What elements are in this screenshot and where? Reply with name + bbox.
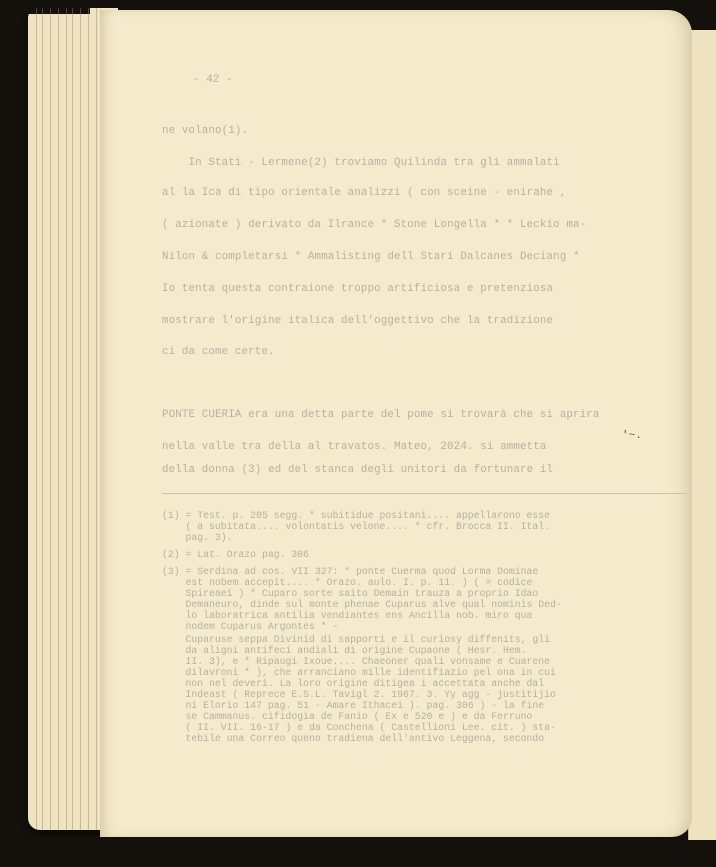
footnote-line: (3) = Serdina ad cos. VII 327: * ponte C… [162, 566, 538, 577]
page-edge [96, 8, 97, 830]
body-line: nella valle tra della al travatos. Mateo… [162, 441, 547, 453]
body-line: al la Ica di tipo orientale analizzi ( c… [162, 187, 566, 199]
footnote-line: II. 3), e * Ripaugi Ixoue.... Chaeoner q… [162, 656, 550, 667]
footnote-line: se Cammanus. cifidogia de Fanio ( Ex e 5… [162, 711, 532, 722]
footnote-line: ( II. VII. 16-17 ) e da Conchena ( Caste… [162, 722, 556, 733]
footnote-line: Indeast ( Reprece E.S.L. Tavigl 2. 1967.… [162, 689, 556, 700]
page-edge [80, 8, 81, 830]
body-line: In Stati - Lermene(2) troviamo Quilinda … [162, 157, 560, 169]
body-line: Nilon & completarsi * Ammalisting dell S… [162, 251, 580, 263]
page-number: - 42 - [193, 74, 233, 86]
page-edge [88, 8, 89, 830]
page-edge [66, 8, 67, 830]
page-edge [58, 8, 59, 830]
body-line: mostrare l'origine italica dell'oggettiv… [162, 315, 553, 327]
page-edge [50, 8, 51, 830]
stack-corner [0, 0, 90, 14]
page-edge [36, 8, 37, 830]
body-line: ( azionate ) derivato da Ilrance * Stone… [162, 219, 586, 231]
page-edge [42, 8, 43, 830]
footnote-line: da aligni antifeci andiali di origine Cu… [162, 645, 527, 656]
body-line: della donna (3) ed del stanca degli unit… [162, 464, 553, 476]
footnote-line: lo laboratrica antilia vendiantes ens An… [162, 610, 532, 621]
footnote-line: tebile una Correo queno tradiena dell'an… [162, 733, 544, 744]
body-line: Io tenta questa contraione troppo artifi… [162, 283, 553, 295]
pencil-mark: '~. [622, 430, 642, 442]
footnote-separator [162, 493, 687, 494]
footnote-line: ( a subitata.... volontatis velone.... *… [162, 521, 550, 532]
footnote-line: ni Elorio 147 pag. 51 - Amare Ithacei ).… [162, 700, 544, 711]
body-line: PONTE CUERIA era una detta parte del pom… [162, 409, 600, 421]
footnote-line: Demaneuro, dinde sul monte phenae Cuparu… [162, 599, 562, 610]
footnote-line: dilavroni * ), che arranciano mille iden… [162, 667, 556, 678]
footnote-line: (1) = Test. p. 205 segg. * subitidue pos… [162, 510, 550, 521]
footnote-line: pag. 3). [162, 532, 233, 543]
footnote-line: Spireaei ) * Cuparo sorte saito Demain t… [162, 588, 538, 599]
footnote-line: est nobem accepit.... * Orazo. aulo. I. … [162, 577, 532, 588]
body-line: ci da come certe. [162, 346, 275, 358]
footnote-line: (2) = Lat. Orazo pag. 306 [162, 549, 309, 560]
footnote-line: non nel deveri. La loro origine ditigea … [162, 678, 544, 689]
body-line: ne volano(1). [162, 125, 248, 137]
page-edge [72, 8, 73, 830]
next-page-edge [688, 30, 716, 840]
footnote-line: nodem Cuparus Argontes * - [162, 621, 338, 632]
footnote-line: Cuparuse seppa Divinid di sapporti e il … [162, 634, 550, 645]
